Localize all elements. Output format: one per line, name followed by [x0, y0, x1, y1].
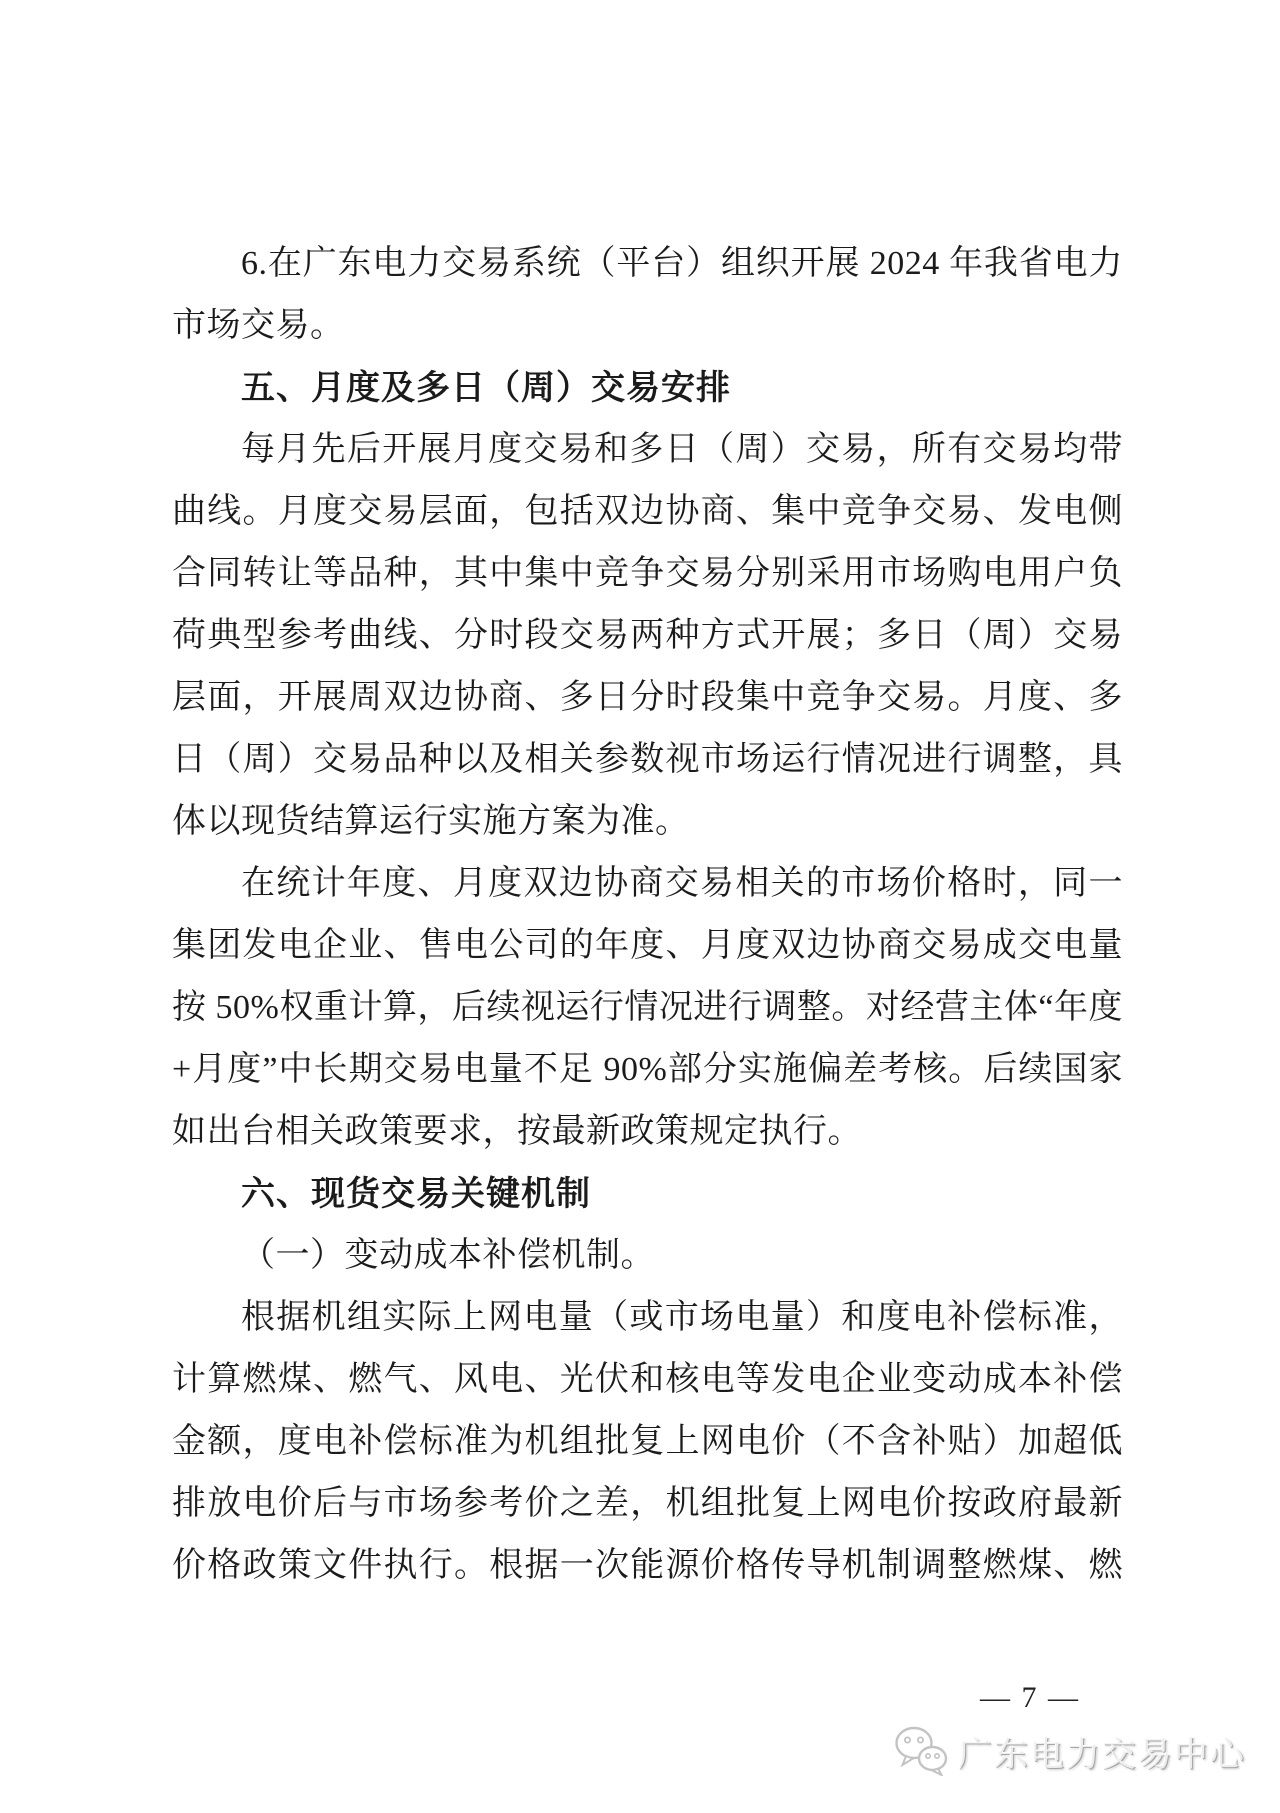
paragraph-line: 市场交易。	[172, 295, 1123, 357]
paragraph-line: 如出台相关政策要求，按最新政策规定执行。	[172, 1101, 1123, 1163]
section-heading: 五、月度及多日（周）交易安排	[172, 357, 1123, 419]
section-heading: 六、现货交易关键机制	[172, 1163, 1123, 1225]
document-page: 6.在广东电力交易系统（平台）组织开展 2024 年我省电力 市场交易。 五、月…	[0, 0, 1280, 1813]
paragraph-line: 金额，度电补偿标准为机组批复上网电价（不含补贴）加超低	[172, 1411, 1123, 1473]
paragraph-line: 在统计年度、月度双边协商交易相关的市场价格时，同一	[172, 853, 1123, 915]
paragraph-line: +月度”中长期交易电量不足 90%部分实施偏差考核。后续国家	[172, 1039, 1123, 1101]
paragraph-line: 6.在广东电力交易系统（平台）组织开展 2024 年我省电力	[172, 233, 1123, 295]
wechat-icon	[894, 1726, 948, 1776]
paragraph-line: 集团发电企业、售电公司的年度、月度双边协商交易成交电量	[172, 915, 1123, 977]
paragraph-line: 体以现货结算运行实施方案为准。	[172, 791, 1123, 853]
paragraph-line: 合同转让等品种，其中集中竞争交易分别采用市场购电用户负	[172, 543, 1123, 605]
document-text-block: 6.在广东电力交易系统（平台）组织开展 2024 年我省电力 市场交易。 五、月…	[172, 233, 1123, 1597]
paragraph-line: 价格政策文件执行。根据一次能源价格传导机制调整燃煤、燃	[172, 1535, 1123, 1597]
paragraph-line: 曲线。月度交易层面，包括双边协商、集中竞争交易、发电侧	[172, 481, 1123, 543]
page-number: — 7 —	[980, 1681, 1080, 1715]
paragraph-line: 计算燃煤、燃气、风电、光伏和核电等发电企业变动成本补偿	[172, 1349, 1123, 1411]
paragraph-line: 排放电价后与市场参考价之差，机组批复上网电价按政府最新	[172, 1473, 1123, 1535]
paragraph-line: 根据机组实际上网电量（或市场电量）和度电补偿标准，	[172, 1287, 1123, 1349]
paragraph-line: 每月先后开展月度交易和多日（周）交易，所有交易均带	[172, 419, 1123, 481]
paragraph-line: （一）变动成本补偿机制。	[172, 1225, 1123, 1287]
paragraph-line: 层面，开展周双边协商、多日分时段集中竞争交易。月度、多	[172, 667, 1123, 729]
paragraph-line: 按 50%权重计算，后续视运行情况进行调整。对经营主体“年度	[172, 977, 1123, 1039]
watermark-text: 广东电力交易中心	[958, 1727, 1246, 1776]
paragraph-line: 日（周）交易品种以及相关参数视市场运行情况进行调整，具	[172, 729, 1123, 791]
paragraph-line: 荷典型参考曲线、分时段交易两种方式开展；多日（周）交易	[172, 605, 1123, 667]
wechat-watermark: 广东电力交易中心	[894, 1722, 1246, 1780]
